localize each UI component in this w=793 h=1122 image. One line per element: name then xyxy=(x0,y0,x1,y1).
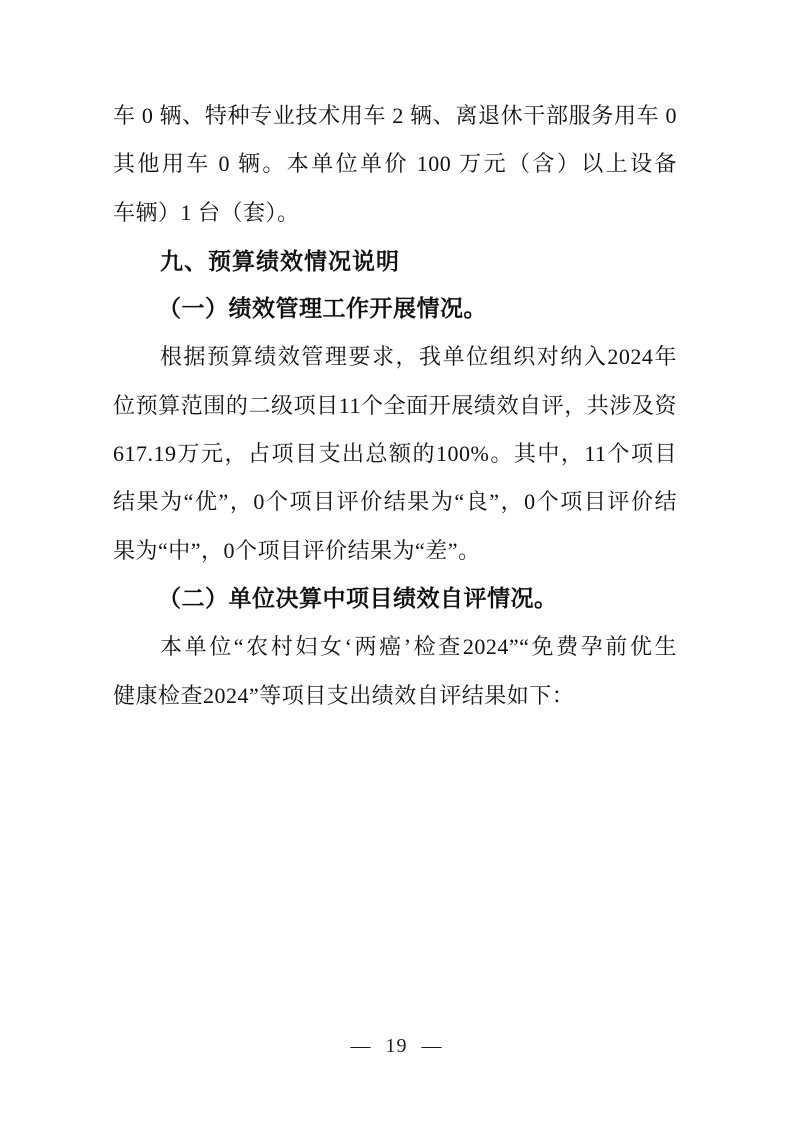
text-line: 根据预算绩效管理要求，我单位组织对纳入2024年度单 xyxy=(113,333,677,381)
text-line: 617.19万元，占项目支出总额的100%。其中，11个项目评价 xyxy=(113,430,677,478)
text-line: 健康检查2024”等项目支出绩效自评结果如下： xyxy=(113,672,677,720)
document-page: 车 0 辆、特种专业技术用车 2 辆、离退休干部服务用车 0 辆、 其他用车 0… xyxy=(0,0,793,1122)
page-footer: — 19 — xyxy=(0,1035,793,1058)
text-line: 其他用车 0 辆。本单位单价 100 万元（含）以上设备（不含 xyxy=(113,140,677,188)
subsection-heading: （二）单位决算中项目绩效自评情况。 xyxy=(113,575,677,623)
text-line: 果为“中”，0个项目评价结果为“差”。 xyxy=(113,527,677,575)
text-line: 车 0 辆、特种专业技术用车 2 辆、离退休干部服务用车 0 辆、 xyxy=(113,92,677,140)
page-body: 车 0 辆、特种专业技术用车 2 辆、离退休干部服务用车 0 辆、 其他用车 0… xyxy=(113,92,677,720)
section-heading: 九、预算绩效情况说明 xyxy=(113,237,677,285)
text-line: 车辆）1 台（套）。 xyxy=(113,189,677,237)
page-number: — 19 — xyxy=(351,1035,443,1057)
text-line: 位预算范围的二级项目11个全面开展绩效自评，共涉及资金 xyxy=(113,382,677,430)
text-line: 结果为“优”，0个项目评价结果为“良”，0个项目评价结 xyxy=(113,478,677,526)
subsection-heading: （一）绩效管理工作开展情况。 xyxy=(113,285,677,333)
text-line: 本单位“农村妇女‘两癌’检查2024”“免费孕前优生 xyxy=(113,623,677,671)
